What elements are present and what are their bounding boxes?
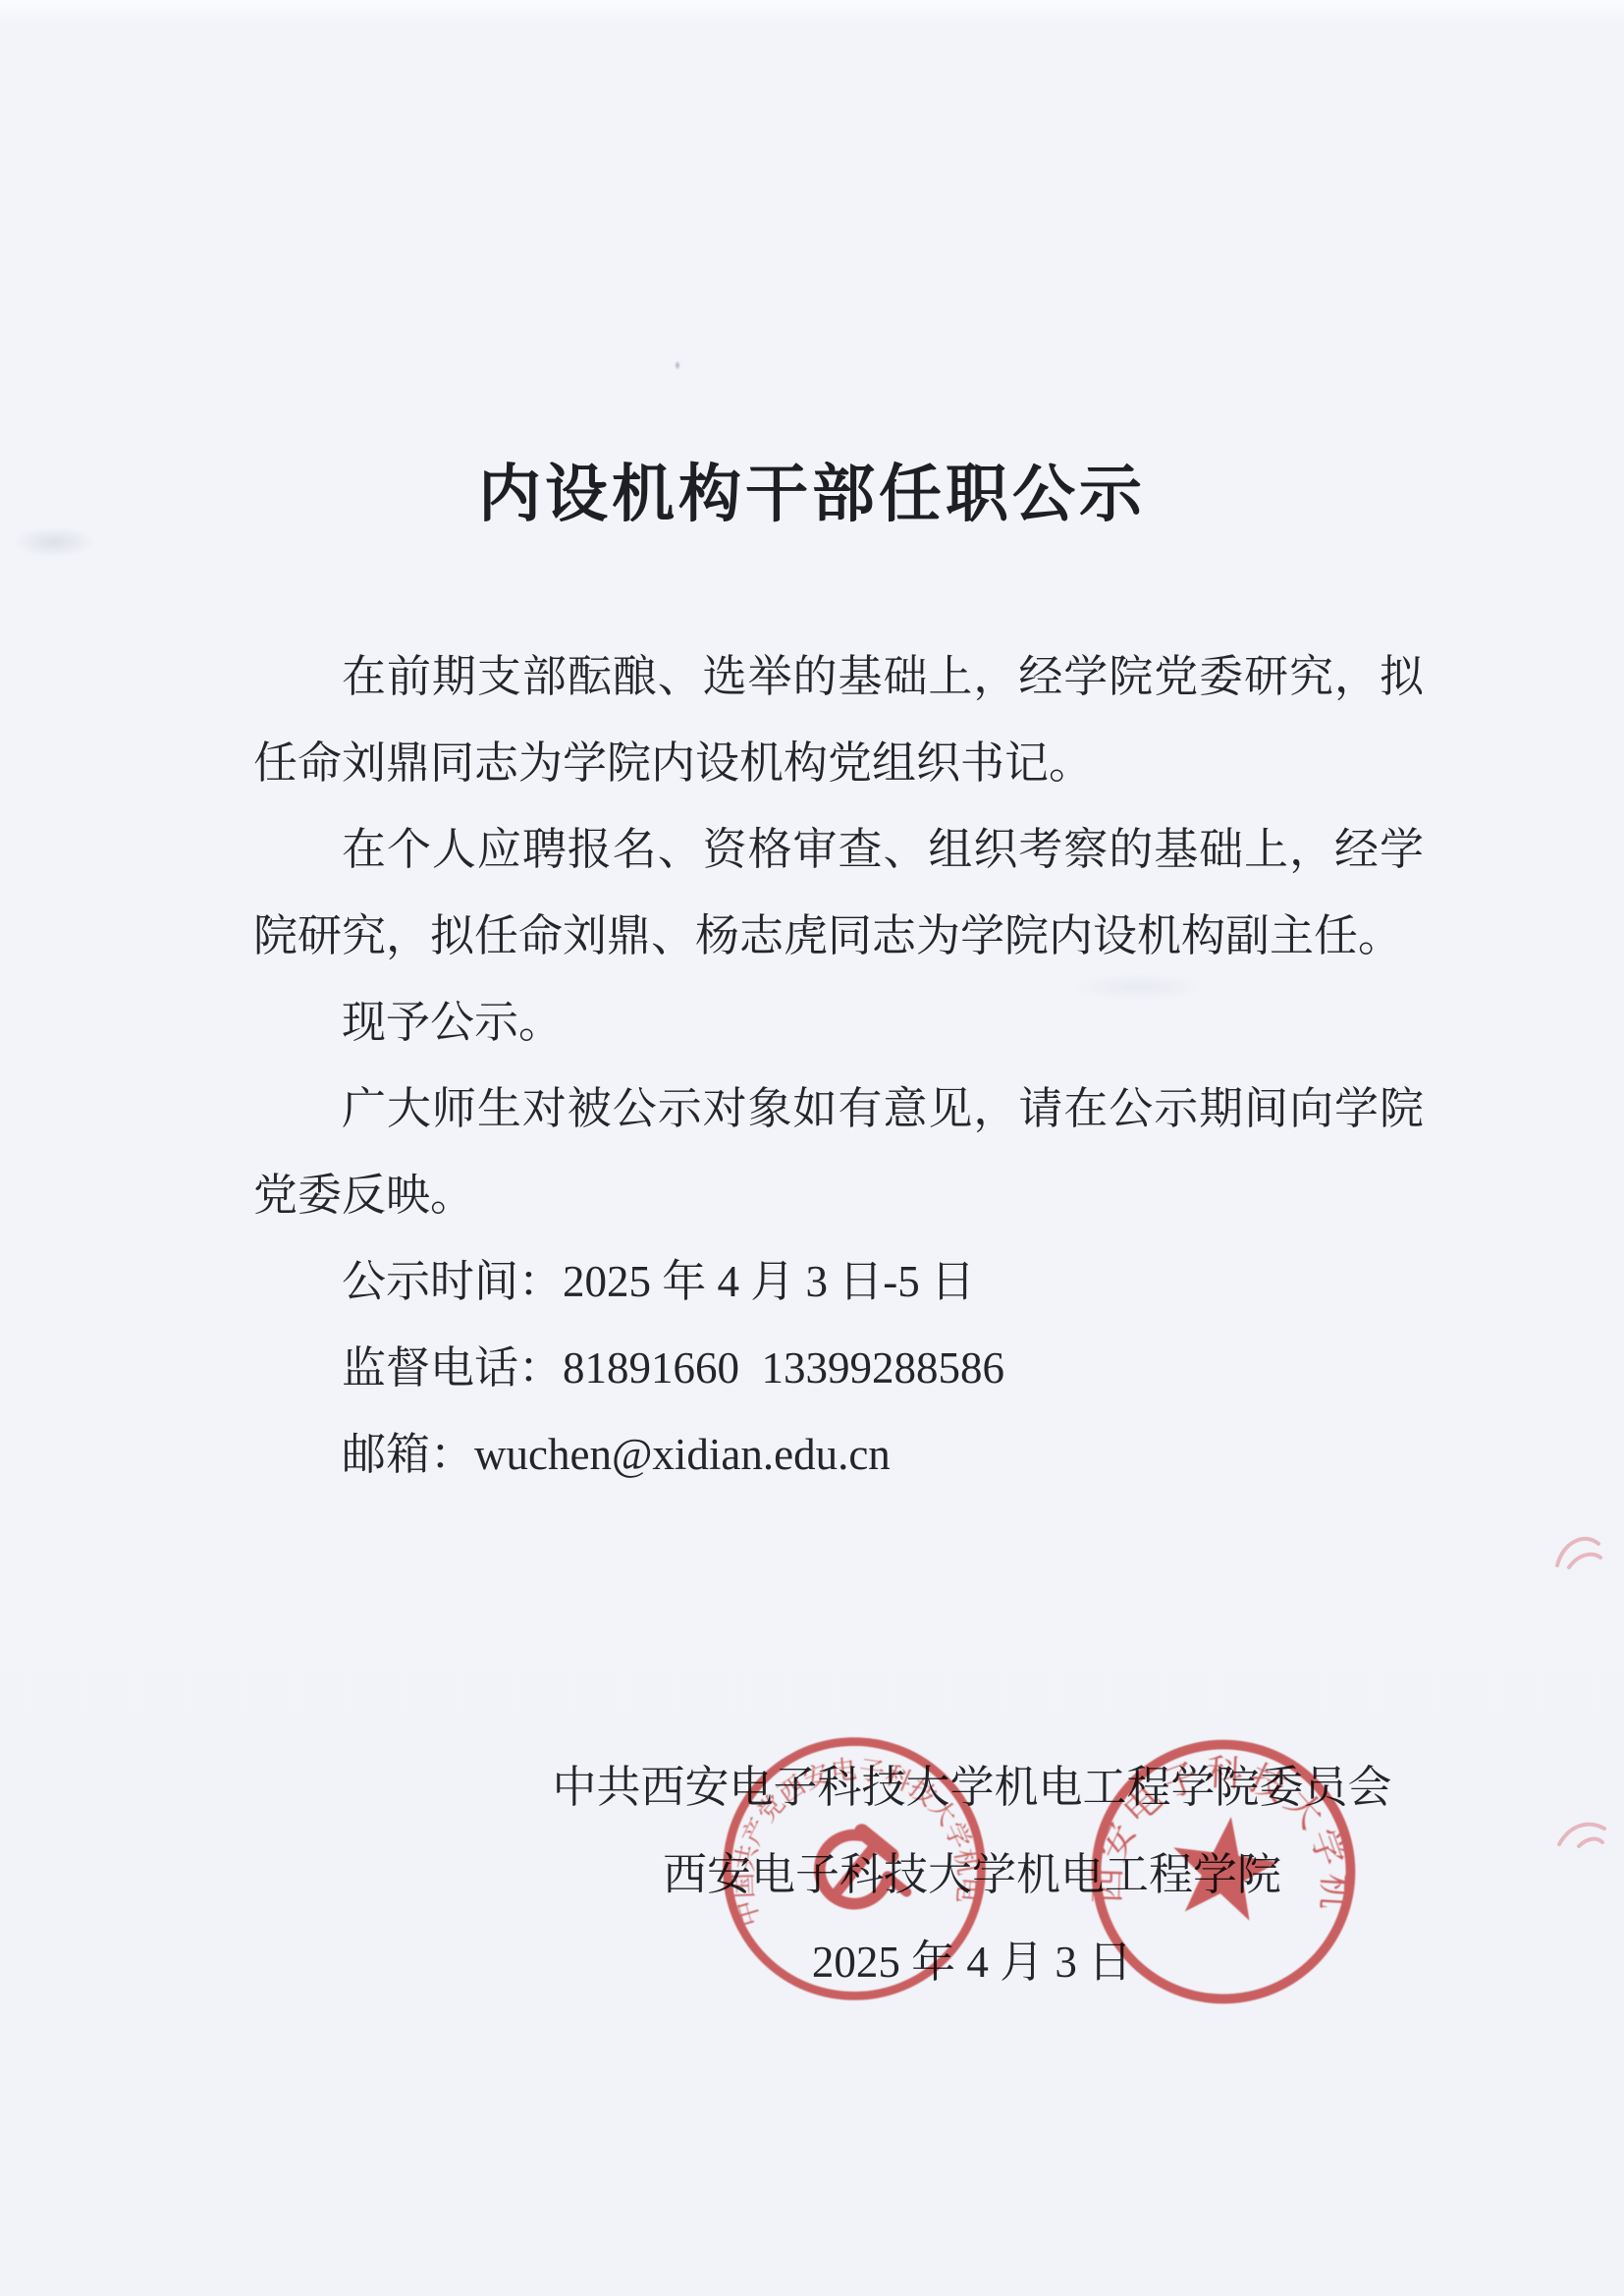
scanned-notice-page: 内设机构干部任职公示 在前期支部酝酿、选举的基础上，经学院党委研究，拟任命刘鼎同… — [0, 0, 1624, 2296]
ink-mark-icon — [1549, 1524, 1608, 1583]
email-line: 邮箱：wuchen@xidian.edu.cn — [253, 1411, 1424, 1498]
ink-mark-icon — [1553, 1805, 1612, 1864]
paragraph-appointment-secretary: 在前期支部酝酿、选举的基础上，经学院党委研究，拟任命刘鼎同志为学院内设机构党组织… — [253, 633, 1424, 806]
college-seal-stamp: 西安电子科技大学机电工程学院 — [1061, 1710, 1385, 2034]
paragraph-appointment-deputy: 在个人应聘报名、资格审查、组织考察的基础上，经学院研究，拟任命刘鼎、杨志虎同志为… — [253, 806, 1424, 979]
supervision-phone-line: 监督电话：81891660 13399288586 — [253, 1325, 1424, 1411]
page-title: 内设机构干部任职公示 — [0, 444, 1624, 534]
paragraph-hereby-announce: 现予公示。 — [253, 979, 1424, 1066]
party-seal-stamp: 中国共产党西安电子科技大学机电工程学院委员会 — [697, 1712, 1012, 2027]
star-icon — [1164, 1810, 1283, 1924]
publicity-period-line: 公示时间：2025 年 4 月 3 日-5 日 — [253, 1238, 1424, 1325]
notice-body: 在前期支部酝酿、选举的基础上，经学院党委研究，拟任命刘鼎同志为学院内设机构党组织… — [253, 633, 1424, 1498]
hammer-sickle-icon — [816, 1828, 907, 1907]
paragraph-feedback: 广大师生对被公示对象如有意见，请在公示期间向学院党委反映。 — [253, 1066, 1424, 1238]
